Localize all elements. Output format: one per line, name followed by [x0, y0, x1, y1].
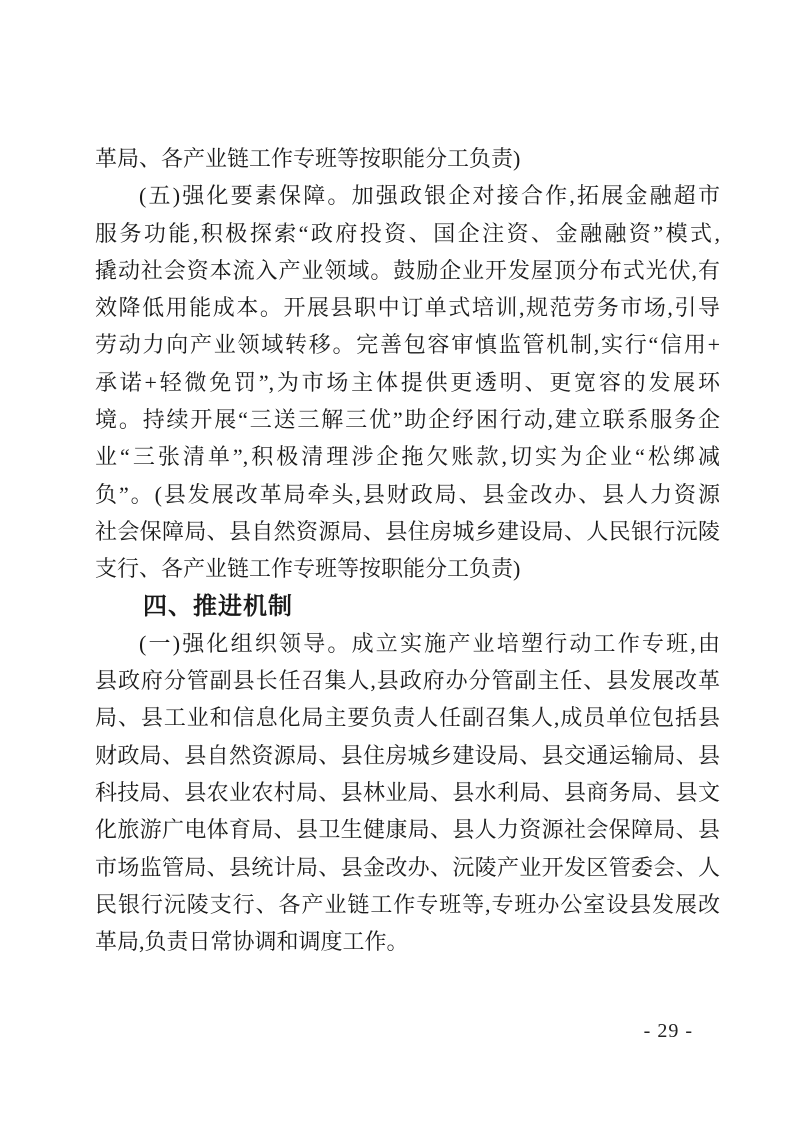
document-page: 革局、各产业链工作专班等按职能分工负责) (五)强化要素保障。加强政银企对接合作…: [0, 0, 793, 1122]
body-line: 业“三张清单”,积极清理涉企拖欠账款,切实为企业“松绑减: [95, 438, 720, 475]
body-line: 服务功能,积极探索“政府投资、国企注资、金融融资”模式,: [95, 215, 720, 252]
body-line: 承诺+轻微免罚”,为市场主体提供更透明、更宽容的发展环: [95, 364, 720, 401]
body-line: 财政局、县自然资源局、县住房城乡建设局、县交通运输局、县: [95, 737, 720, 774]
body-line: (五)强化要素保障。加强政银企对接合作,拓展金融超市: [95, 177, 720, 214]
body-line: 撬动社会资本流入产业领域。鼓励企业开发屋顶分布式光伏,有: [95, 252, 720, 289]
body-line: 民银行沅陵支行、各产业链工作专班等,专班办公室设县发展改: [95, 886, 720, 923]
page-number: - 29 -: [644, 1020, 693, 1043]
body-line: 境。持续开展“三送三解三优”助企纾困行动,建立联系服务企: [95, 401, 720, 438]
body-line: 革局、各产业链工作专班等按职能分工负责): [95, 140, 720, 177]
body-line: 县政府分管副县长任召集人,县政府办分管副主任、县发展改革: [95, 662, 720, 699]
section-heading: 四、推进机制: [95, 588, 720, 625]
document-body: 革局、各产业链工作专班等按职能分工负责) (五)强化要素保障。加强政银企对接合作…: [95, 140, 720, 961]
body-line: 化旅游广电体育局、县卫生健康局、县人力资源社会保障局、县: [95, 811, 720, 848]
body-line: 科技局、县农业农村局、县林业局、县水利局、县商务局、县文: [95, 774, 720, 811]
body-line: 革局,负责日常协调和调度工作。: [95, 923, 720, 960]
body-line: 支行、各产业链工作专班等按职能分工负责): [95, 550, 720, 587]
body-line: 效降低用能成本。开展县职中订单式培训,规范劳务市场,引导: [95, 289, 720, 326]
body-line: 劳动力向产业领域转移。完善包容审慎监管机制,实行“信用+: [95, 326, 720, 363]
body-line: 社会保障局、县自然资源局、县住房城乡建设局、人民银行沅陵: [95, 513, 720, 550]
body-line: 局、县工业和信息化局主要负责人任副召集人,成员单位包括县: [95, 699, 720, 736]
body-line: 市场监管局、县统计局、县金改办、沅陵产业开发区管委会、人: [95, 849, 720, 886]
body-line: (一)强化组织领导。成立实施产业培塑行动工作专班,由: [95, 625, 720, 662]
body-line: 负”。(县发展改革局牵头,县财政局、县金改办、县人力资源: [95, 476, 720, 513]
